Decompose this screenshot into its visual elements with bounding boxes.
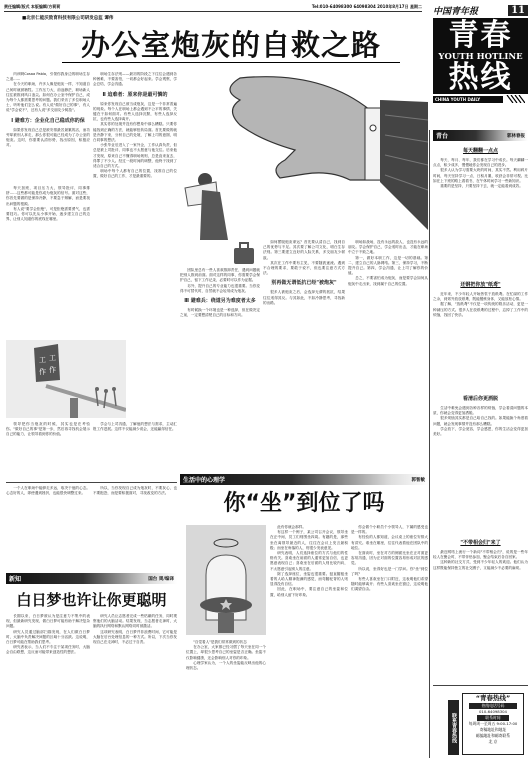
sidebar-article-title-3: 看清后你更洒脱: [433, 395, 528, 403]
stripes-icon: [505, 95, 525, 103]
subhead-2: Ⅱ 追难者：原来你是最可憐的: [93, 91, 177, 99]
daily-label: CHINA YOUTH DAILY: [433, 96, 503, 103]
sidebar-content: 每天翻翻一点点 每天、每月、每年，我们都在学习中成长。每天翻翻一点点，积少成多，…: [433, 144, 528, 650]
main-article-col-2b: 学会与上司沟通，了解他的想法与需求，主动汇报工作进展。这样不仅能减少误会，还能赢…: [93, 422, 177, 482]
section-logo: 青春 YOUTH HOTLINE 热线: [433, 18, 528, 94]
seesaw-illustration: 工 作 工 作: [6, 340, 126, 418]
svg-text:作: 作: [49, 365, 56, 374]
main-headline: 办公室炮灰的自救之路: [62, 28, 400, 63]
hotline-box: “青春热线” 热线电话号码 010-64098304 联系时间 每周周一至周五 …: [462, 693, 524, 755]
sidebar-article-title-4: "不带相会归"来了: [433, 539, 528, 547]
sidebar-box-divider: [433, 685, 528, 686]
main-article-col-2d: 所以，当你发现自己成为炮灰时，不要灰心，也不要抱怨，而是要积极面对，寻找改变的方…: [93, 486, 177, 548]
new-knowledge-col-2: 研究人员让志愿者完成一些枯燥的任务，同时观察他们的大脑活动。结果发现，当志愿者走…: [93, 614, 177, 754]
new-knowledge-headline: 白日梦也许让你更聪明: [6, 590, 177, 610]
subhead-4: 别再做无谓低抗已经"被炮灰": [263, 279, 345, 287]
sidebar-byline: 郭林春报: [507, 133, 525, 139]
main-article-col-3: 团队里总有一些人喜欢推卸责任，遇到问题就把别人推到前面。面对这样的同事，你需要学…: [180, 268, 260, 418]
logo-top: 青春: [433, 20, 528, 52]
psych-section-bar: 生活中的心理学 郭智敏: [180, 474, 428, 485]
hotline-city: 北 京: [463, 739, 523, 745]
main-article-byline: ■北京仁能沃致育科技有限公司研发总监 谭伟: [22, 15, 113, 21]
new-knowledge-byline: 国台 周/编译: [148, 576, 174, 582]
section-divider: [6, 482, 177, 483]
psych-col-1: "自觉看人"是我们常常做到的状态 在办公室，大家都已经习惯了每天坐在同一个位置上…: [186, 640, 266, 750]
psych-headline: 你“坐”到位了吗: [180, 490, 428, 518]
sidebar-section-bar: 青台 郭林春报: [433, 130, 528, 141]
hotline-box-title: “青春热线”: [463, 694, 523, 703]
sidebar-article-2-body: 近年来，不少年轻人开始热衷于放纸鸢。在忙碌的工作之余，到郊外放放纸鸢，既能锻炼身…: [433, 292, 528, 392]
psych-section-title: 生活中的心理学: [183, 475, 225, 484]
svg-text:工: 工: [49, 354, 56, 362]
main-article-col-1c: 领导把你当炮灰的时候，其实也是在考验你。"做好自己的事"是第一步，然后再寻找机会…: [6, 422, 90, 482]
date-info: Tel:010-64098300 64098304 2010年8月17日 星期二: [312, 3, 422, 11]
subhead-1: Ⅰ 避难方：企业化自己稳成你的保: [6, 117, 90, 125]
psych-col-2: 此有你就会那样。 有这样一个例子，某公司召开会议，领导坐在正中间，员工们则围坐四…: [270, 525, 348, 753]
sidebar-divider: [429, 130, 430, 758]
psych-byline: 郭智敏: [412, 477, 426, 483]
briefcase-icon: [232, 240, 256, 266]
main-article-col-1b: 每天加班，项目压力大，领导批评，同事排挤……这些都可能是你成为炮灰的信号。面对这…: [6, 186, 90, 292]
editor-info: 责任编辑/版式 本版编辑/方莉莉: [4, 3, 60, 11]
sidebar-article-title-1: 每天翻翻一点点: [433, 147, 528, 155]
sidebar-article-1-body: 每天、每月、每年，我们都在学习中成长。每天翻翻一点点，积少成多，慢慢地你会发现自…: [433, 158, 528, 278]
hotline-vertical-label: 联系青春热线: [448, 700, 459, 755]
sidebar-section-title: 青台: [436, 131, 448, 140]
new-knowledge-title: 新知: [9, 574, 21, 583]
psych-col-3: 你会做个小职员个小领导人，下属的感受也是一样的。 有经验的人都知道，会议桌上的座…: [351, 525, 428, 753]
new-knowledge-bar: 新知 国台 周/编译: [6, 573, 177, 584]
sidebar-article-3-body: 生活中难免会遇到各种各样的烦恼，学会看清问题的本质，你就会变得更加洒脱。 很多烦…: [433, 406, 528, 536]
subhead-3: Ⅲ 避难兵：绕道另为难度者太多: [180, 297, 260, 305]
masthead: 中国青年报 11 青春 YOUTH HOTLINE 热线 CHINA YOUTH…: [433, 3, 528, 103]
paper-name: 中国青年报: [433, 4, 478, 17]
page-number: 11: [508, 5, 528, 16]
sidebar-article-title-2: 还钢把你放"纸鸢": [433, 281, 528, 289]
armchair-illustration: [186, 525, 266, 635]
page-info-line: 责任编辑/版式 本版编辑/方莉莉 Tel:010-64098300 640983…: [4, 3, 422, 12]
sidebar-article-4-body: 最近网络上流行一个新词"不带相会归"，说的是一些年轻人在聚会时，不带伴侣参加，聚…: [433, 550, 528, 650]
main-article-col-5: 职场如战场，没有永远的敌人，也没有永远的朋友。学会保护自己，学会适时出击，才能在…: [348, 240, 428, 418]
main-article-col-1d: 一个人在职场中能够走多远，取决于他的心态。心态好的人，即使遇到挫折，也能很快调整…: [6, 486, 90, 548]
hand-flick-illustration: [180, 70, 428, 240]
main-article-col-4: 如何摆脱炮灰命运？首先要认清自己，找到自己的优势与不足。其次要了解公司文化，明白…: [263, 240, 345, 418]
svg-text:工: 工: [39, 356, 46, 364]
new-knowledge-col-1: 长期以来，白日梦被认为是注意力不集中的表现，但最新研究发现，做白日梦可能有助于解…: [6, 614, 90, 754]
svg-text:作: 作: [39, 367, 46, 376]
logo-bottom: 热线: [433, 62, 528, 94]
